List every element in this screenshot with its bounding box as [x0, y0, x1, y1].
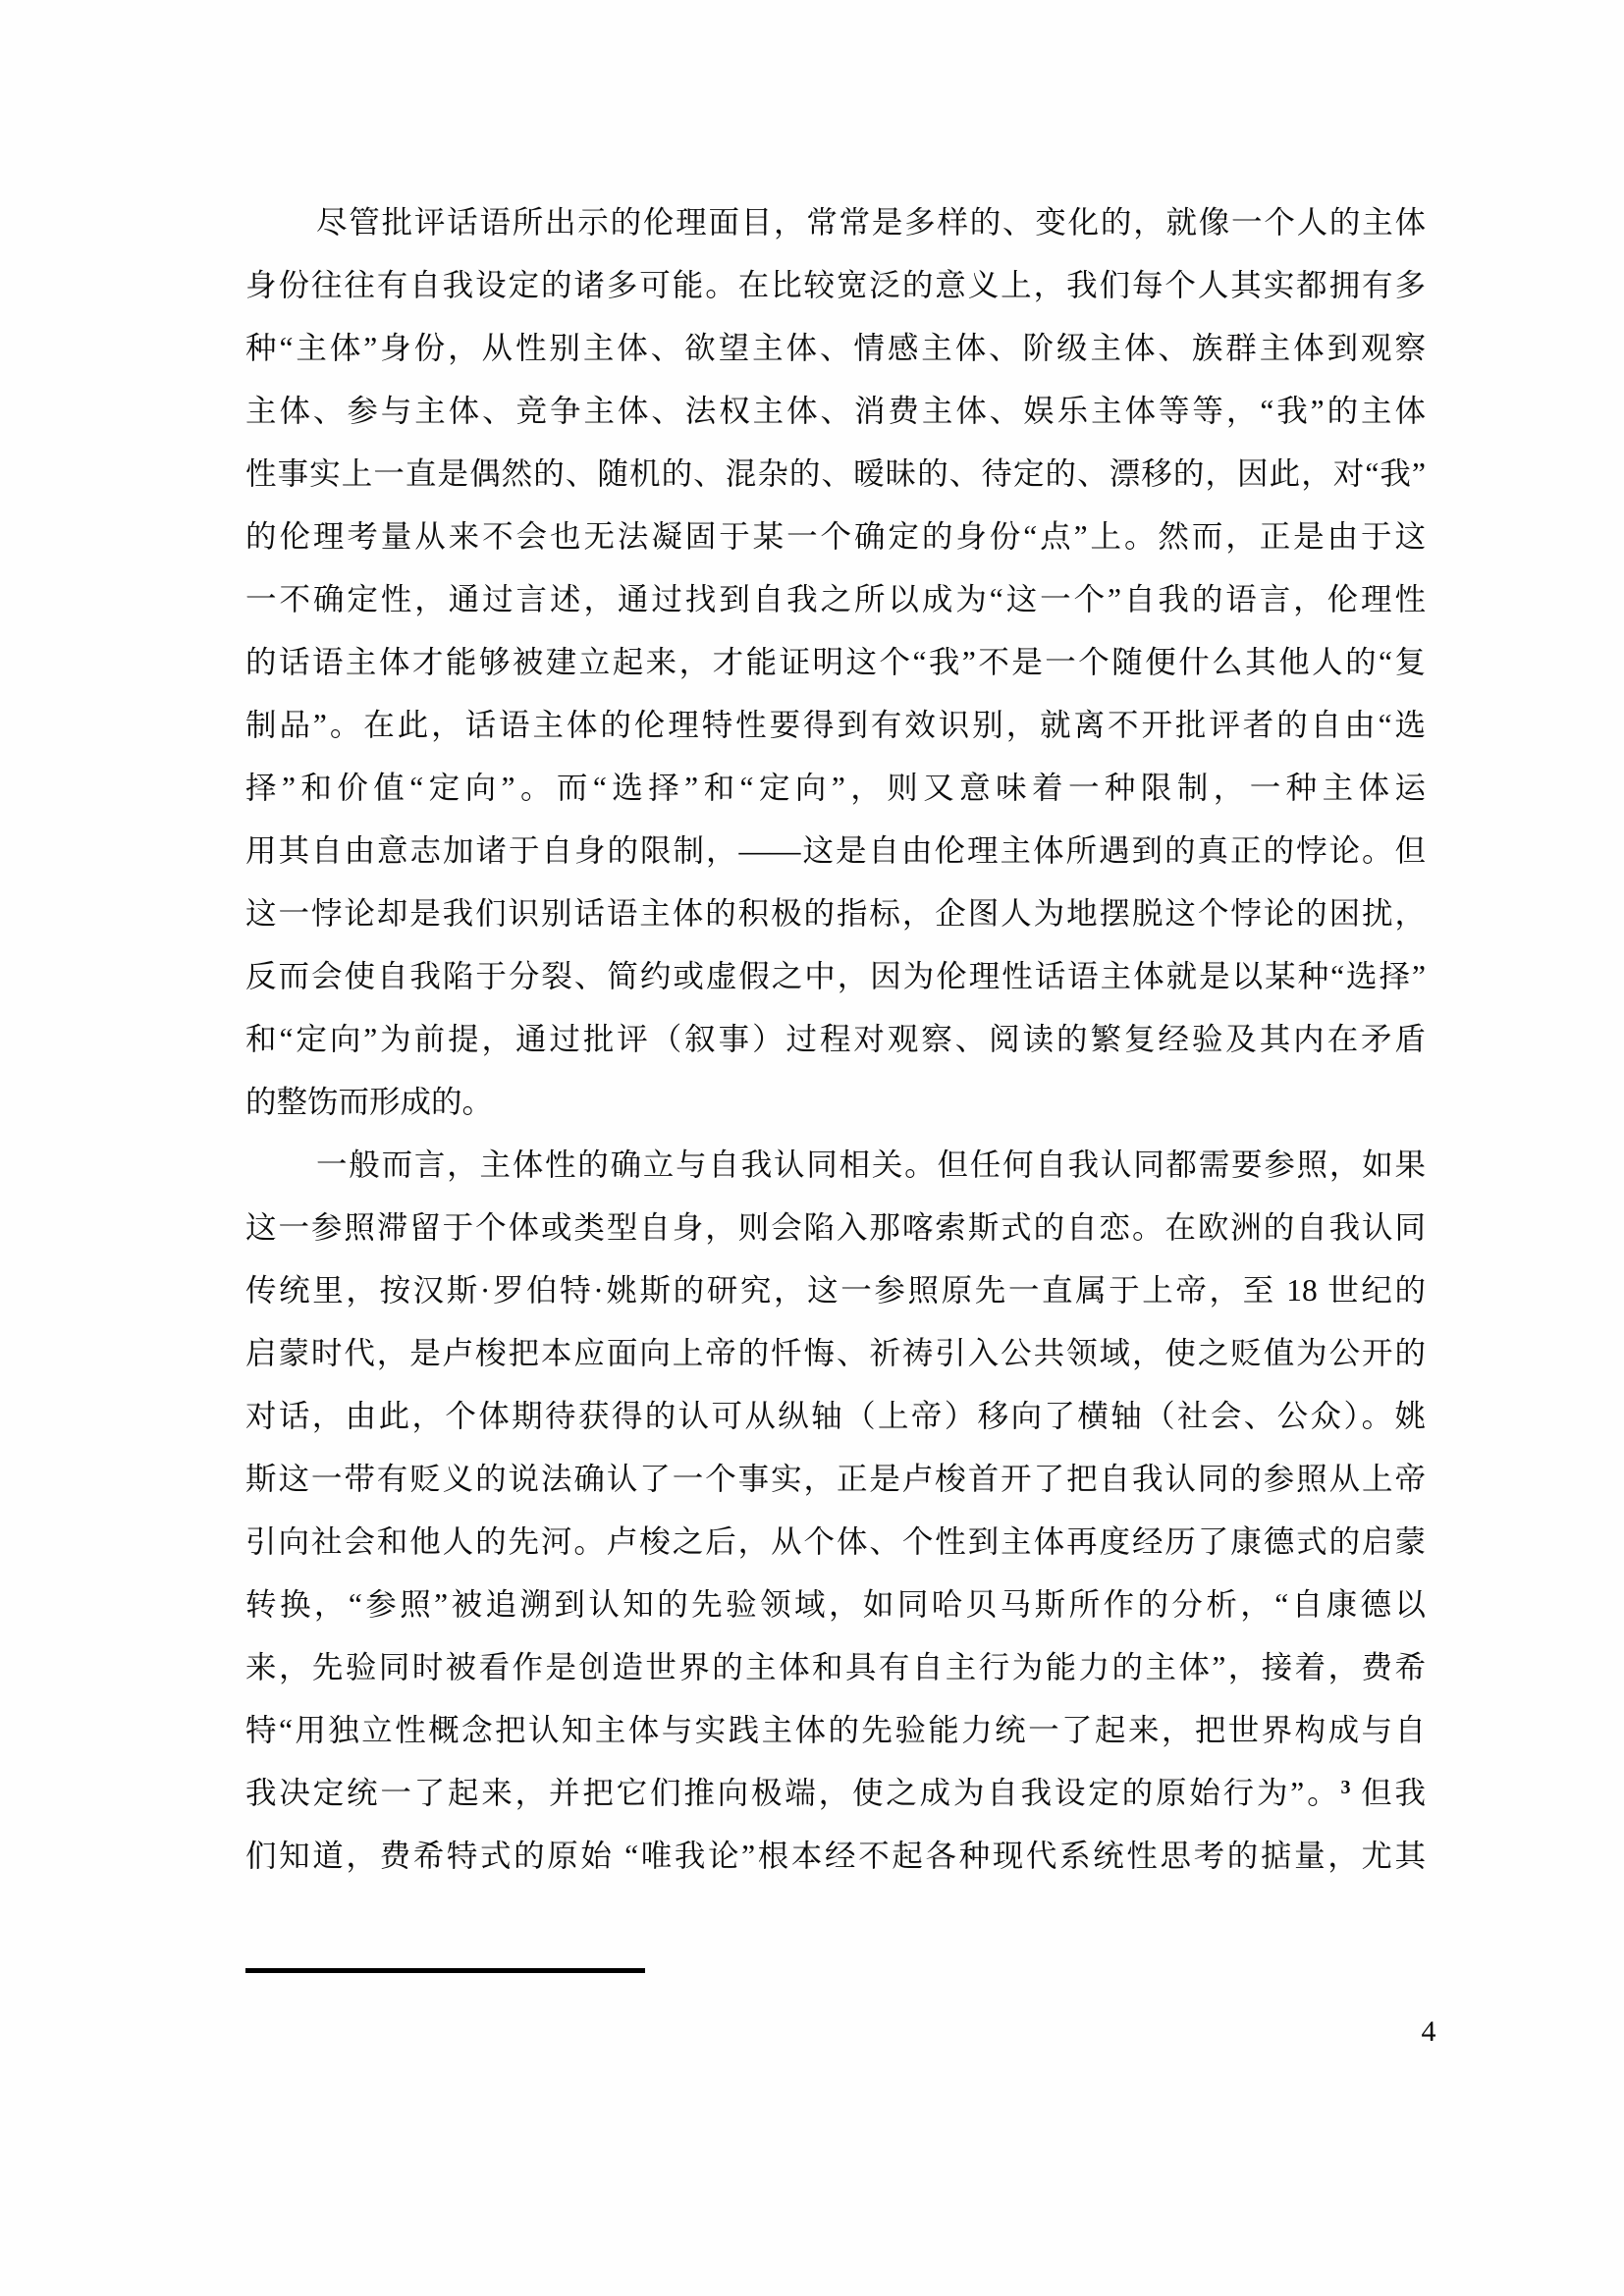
text-line: 这一悖论却是我们识别话语主体的积极的指标，企图人为地摆脱这个悖论的困扰，	[245, 882, 1426, 945]
text-line: 尽管批评话语所出示的伦理面目，常常是多样的、变化的，就像一个人的主体	[245, 191, 1426, 254]
text-line: 这一参照滞留于个体或类型自身，则会陷入那喀索斯式的自恋。在欧洲的自我认同	[245, 1197, 1426, 1259]
paragraph-1: 尽管批评话语所出示的伦理面目，常常是多样的、变化的，就像一个人的主体 身份往往有…	[245, 191, 1426, 1134]
text-line: 用其自由意志加诸于自身的限制，——这是自由伦理主体所遇到的真正的悖论。但	[245, 820, 1426, 882]
text-line-with-footnote-ref: 我决定统一了起来，并把它们推向极端，使之成为自我设定的原始行为”。3 但我	[245, 1762, 1426, 1825]
text-line: 对话，由此，个体期待获得的认可从纵轴（上帝）移向了横轴（社会、公众）。姚	[245, 1385, 1426, 1448]
text-line: 择”和价值“定向”。而“选择”和“定向”，则又意味着一种限制，一种主体运	[245, 757, 1426, 820]
text-line: 启蒙时代，是卢梭把本应面向上帝的忏悔、祈祷引入公共领域，使之贬值为公开的	[245, 1322, 1426, 1385]
text-line: 主体、参与主体、竞争主体、法权主体、消费主体、娱乐主体等等，“我”的主体	[245, 380, 1426, 443]
footnote-reference: 3	[1340, 1777, 1350, 1798]
text-segment: 我决定统一了起来，并把它们推向极端，使之成为自我设定的原始行为”。	[245, 1776, 1340, 1810]
text-line: 和“定向”为前提，通过批评（叙事）过程对观察、阅读的繁复经验及其内在矛盾	[245, 1008, 1426, 1071]
text-segment: 但我	[1350, 1776, 1426, 1810]
text-line: 斯这一带有贬义的说法确认了一个事实，正是卢梭首开了把自我认同的参照从上帝	[245, 1448, 1426, 1511]
text-line: 来，先验同时被看作是创造世界的主体和具有自主行为能力的主体”，接着，费希	[245, 1636, 1426, 1699]
text-line: 制品”。在此，话语主体的伦理特性要得到有效识别，就离不开批评者的自由“选	[245, 694, 1426, 757]
document-body: 尽管批评话语所出示的伦理面目，常常是多样的、变化的，就像一个人的主体 身份往往有…	[245, 191, 1426, 1888]
text-line: 一般而言，主体性的确立与自我认同相关。但任何自我认同都需要参照，如果	[245, 1134, 1426, 1197]
page-number: 4	[1404, 2010, 1453, 2054]
text-line: 转换，“参照”被追溯到认知的先验领域，如同哈贝马斯所作的分析，“自康德以	[245, 1574, 1426, 1636]
text-line: 反而会使自我陷于分裂、简约或虚假之中，因为伦理性话语主体就是以某种“选择”	[245, 945, 1426, 1008]
text-line: 的伦理考量从来不会也无法凝固于某一个确定的身份“点”上。然而，正是由于这	[245, 506, 1426, 568]
text-line: 们知道，费希特式的原始 “唯我论”根本经不起各种现代系统性思考的掂量，尤其	[245, 1825, 1426, 1888]
text-line: 的整饬而形成的。	[245, 1071, 1426, 1134]
text-line: 引向社会和他人的先河。卢梭之后，从个体、个性到主体再度经历了康德式的启蒙	[245, 1511, 1426, 1574]
text-line: 身份往往有自我设定的诸多可能。在比较宽泛的意义上，我们每个人其实都拥有多	[245, 254, 1426, 317]
paragraph-2: 一般而言，主体性的确立与自我认同相关。但任何自我认同都需要参照，如果 这一参照滞…	[245, 1134, 1426, 1888]
document-page: 尽管批评话语所出示的伦理面目，常常是多样的、变化的，就像一个人的主体 身份往往有…	[0, 0, 1624, 2296]
text-line: 性事实上一直是偶然的、随机的、混杂的、暧昧的、待定的、漂移的，因此，对“我”	[245, 443, 1426, 506]
text-line: 种“主体”身份，从性别主体、欲望主体、情感主体、阶级主体、族群主体到观察	[245, 317, 1426, 380]
text-line: 的话语主体才能够被建立起来，才能证明这个“我”不是一个随便什么其他人的“复	[245, 631, 1426, 694]
text-line: 传统里，按汉斯·罗伯特·姚斯的研究，这一参照原先一直属于上帝，至 18 世纪的	[245, 1259, 1426, 1322]
text-line: 特“用独立性概念把认知主体与实践主体的先验能力统一了起来，把世界构成与自	[245, 1699, 1426, 1762]
footnote-separator	[245, 1968, 645, 1973]
text-line: 一不确定性，通过言述，通过找到自我之所以成为“这一个”自我的语言，伦理性	[245, 568, 1426, 631]
